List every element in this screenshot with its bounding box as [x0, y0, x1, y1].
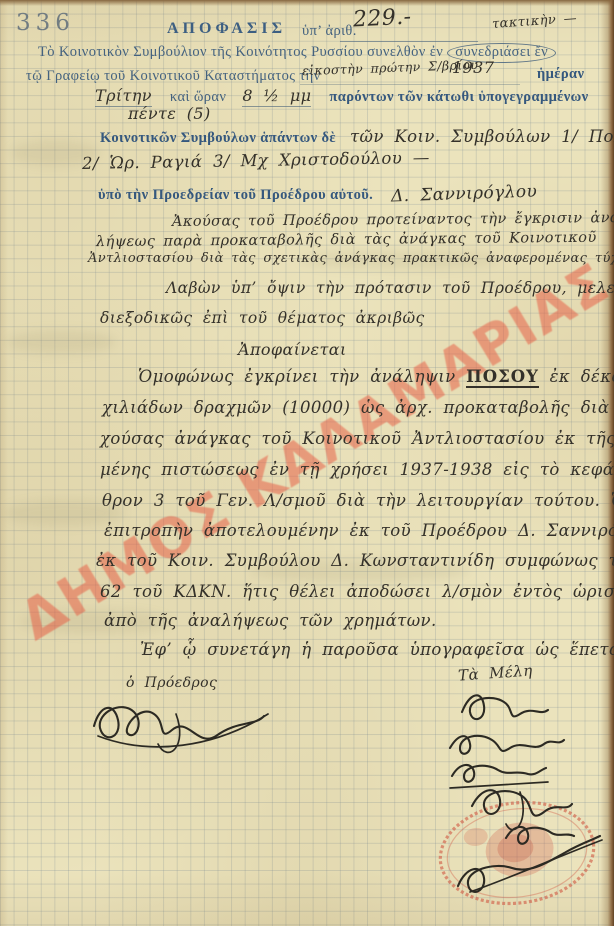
president-signature	[94, 707, 268, 752]
signatures-and-stamp-layer	[0, 0, 614, 926]
document-page: ΔΗΜΟΣ ΚΑΛΑΜΑΡΙΑΣ 336 ΑΠΟΦΑΣΙΣ ὑπ’ ἀριθ. …	[0, 0, 614, 926]
member-signature-1	[462, 695, 548, 719]
member-signature-3	[450, 765, 548, 788]
round-stamp-icon	[434, 794, 599, 912]
member-signature-2	[450, 736, 564, 754]
